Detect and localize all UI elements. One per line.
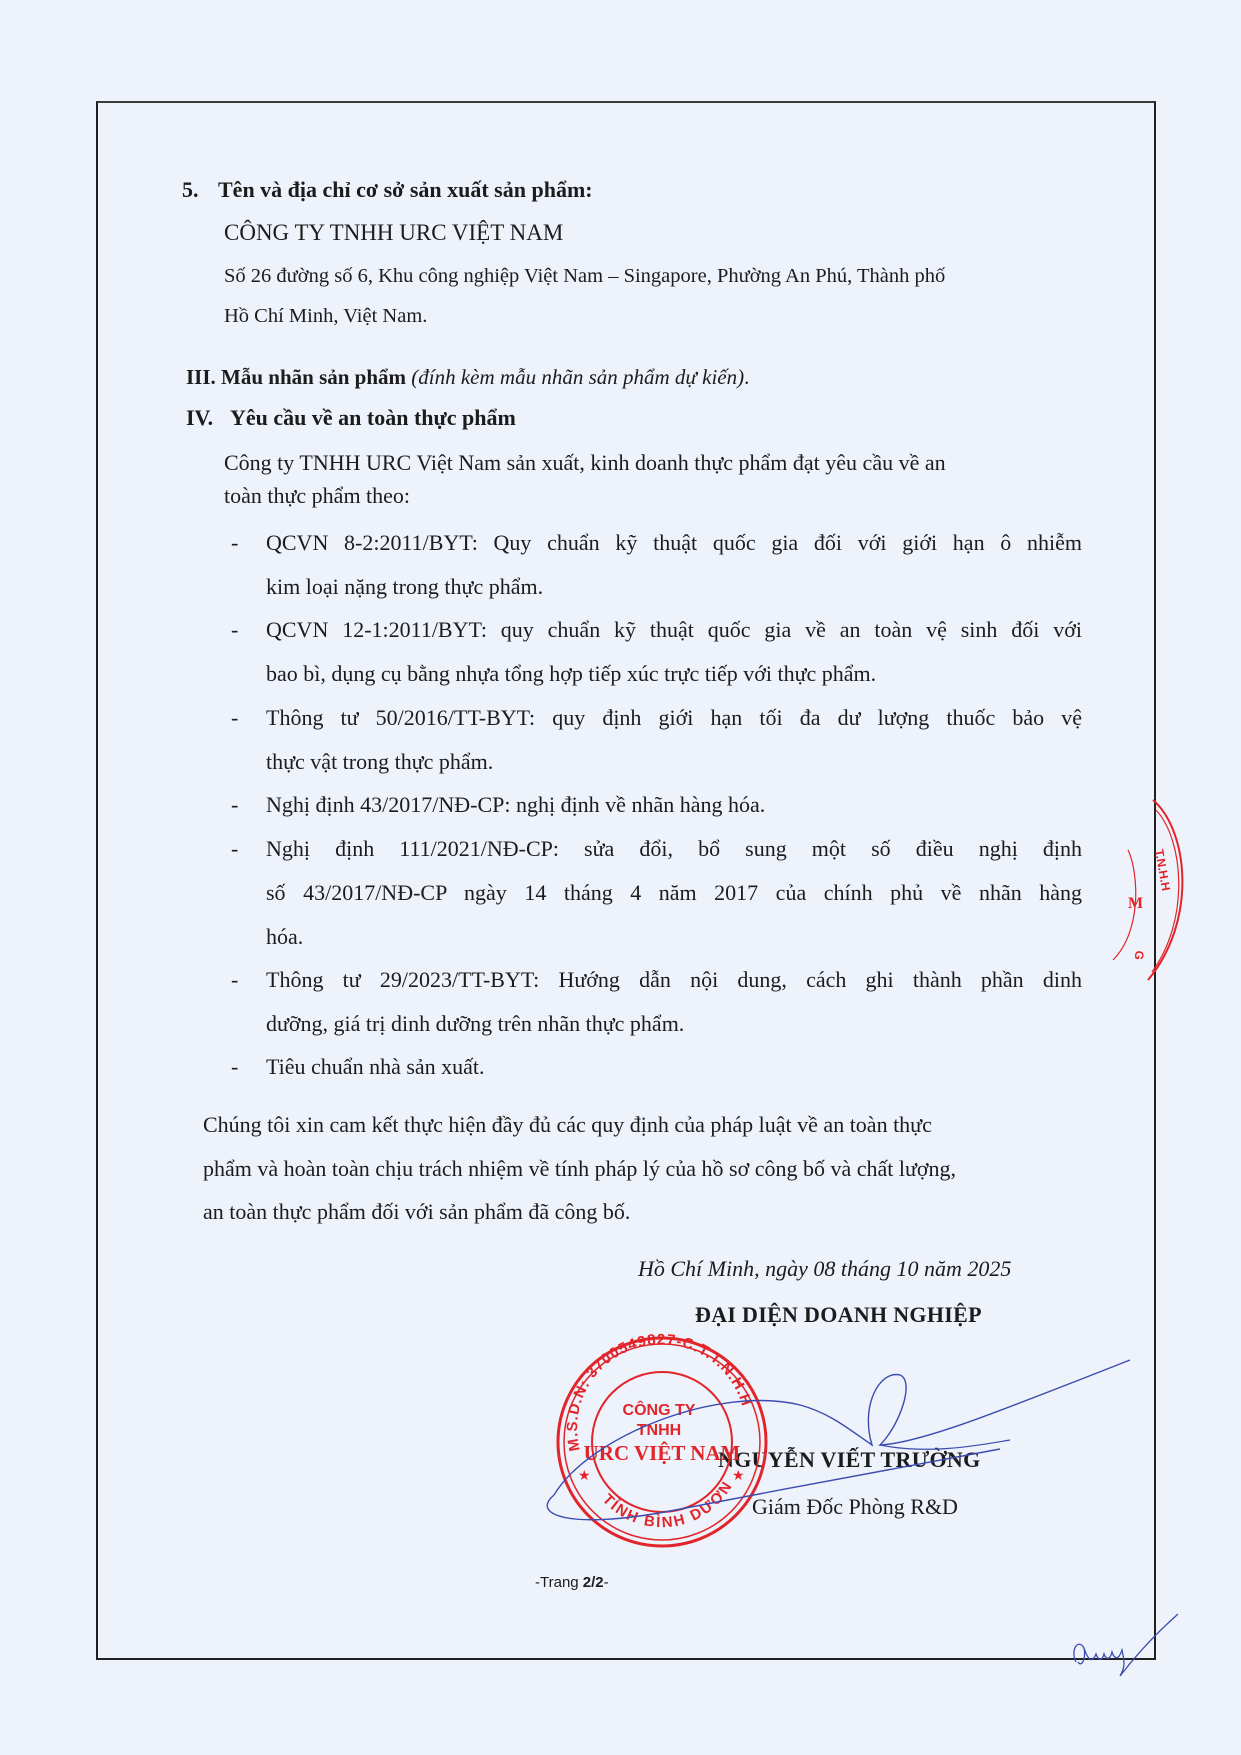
- commitment-line-1: Chúng tôi xin cam kết thực hiện đầy đủ c…: [203, 1112, 932, 1138]
- edge-stamp: T.N.H.H M G: [1108, 790, 1188, 990]
- section-4-intro-line-1: Công ty TNHH URC Việt Nam sản xuất, kinh…: [224, 450, 946, 476]
- section-5-heading: Tên và địa chỉ cơ sở sản xuất sản phẩm:: [218, 177, 593, 203]
- svg-text:G: G: [1131, 949, 1146, 961]
- commitment-line-3: an toàn thực phẩm đối với sản phẩm đã cô…: [203, 1199, 630, 1225]
- place-and-date: Hồ Chí Minh, ngày 08 tháng 10 năm 2025: [638, 1256, 1011, 1282]
- handwritten-signature: [530, 1315, 1170, 1545]
- bullet-dash: -: [231, 792, 238, 818]
- section-4-intro-line-2: toàn thực phẩm theo:: [224, 483, 410, 509]
- regulation-item-line: dưỡng, giá trị dinh dưỡng trên nhãn thực…: [266, 1011, 684, 1037]
- regulation-item-line: Thông tư 50/2016/TT-BYT: quy định giới h…: [266, 705, 1082, 731]
- regulation-item-line: số 43/2017/NĐ-CP ngày 14 tháng 4 năm 201…: [266, 880, 1082, 906]
- regulation-item-line: QCVN 12-1:2011/BYT: quy chuẩn kỹ thuật q…: [266, 617, 1082, 643]
- regulation-item-line: Thông tư 29/2023/TT-BYT: Hướng dẫn nội d…: [266, 967, 1082, 993]
- bullet-dash: -: [231, 967, 238, 993]
- manufacturer-address-line-2: Hồ Chí Minh, Việt Nam.: [224, 303, 427, 329]
- regulation-item-line: hóa.: [266, 924, 303, 950]
- section-3-number: III.: [186, 365, 216, 389]
- regulation-item-line: kim loại nặng trong thực phẩm.: [266, 574, 543, 600]
- regulation-item-line: thực vật trong thực phẩm.: [266, 749, 493, 775]
- section-4-title: Yêu cầu về an toàn thực phẩm: [230, 405, 516, 431]
- section-3-suffix: .: [744, 365, 749, 389]
- section-3-heading: III. Mẫu nhãn sản phẩm (đính kèm mẫu nhã…: [186, 364, 749, 390]
- commitment-line-2: phẩm và hoàn toàn chịu trách nhiệm về tí…: [203, 1156, 956, 1182]
- regulation-item-line: QCVN 8-2:2011/BYT: Quy chuẩn kỹ thuật qu…: [266, 530, 1082, 556]
- section-3-title: Mẫu nhãn sản phẩm: [221, 365, 406, 389]
- bullet-dash: -: [231, 1054, 238, 1080]
- regulation-item-line: bao bì, dụng cụ bằng nhựa tổng hợp tiếp …: [266, 661, 876, 687]
- page-suffix: -: [604, 1574, 609, 1591]
- section-5-number: 5.: [182, 177, 199, 203]
- bullet-dash: -: [231, 530, 238, 556]
- manufacturer-name: CÔNG TY TNHH URC VIỆT NAM: [224, 220, 563, 246]
- svg-text:M: M: [1128, 895, 1143, 912]
- manufacturer-address-line-1: Số 26 đường số 6, Khu công nghiệp Việt N…: [224, 263, 945, 289]
- page-number: -Trang 2/2-: [535, 1570, 609, 1596]
- section-4-number: IV.: [186, 405, 213, 431]
- page-prefix: -Trang: [535, 1574, 583, 1591]
- svg-text:T.N.H.H: T.N.H.H: [1152, 848, 1173, 892]
- regulation-item-line: Nghị định 111/2021/NĐ-CP: sửa đổi, bổ su…: [266, 836, 1082, 862]
- section-3-note: (đính kèm mẫu nhãn sản phẩm dự kiến): [411, 365, 744, 389]
- bullet-dash: -: [231, 617, 238, 643]
- page-count: 2/2: [583, 1574, 604, 1591]
- bullet-dash: -: [231, 836, 238, 862]
- regulation-item-line: Tiêu chuẩn nhà sản xuất.: [266, 1054, 485, 1080]
- initials-signature: [1070, 1610, 1180, 1680]
- regulation-item-line: Nghị định 43/2017/NĐ-CP: nghị định về nh…: [266, 792, 765, 818]
- bullet-dash: -: [231, 705, 238, 731]
